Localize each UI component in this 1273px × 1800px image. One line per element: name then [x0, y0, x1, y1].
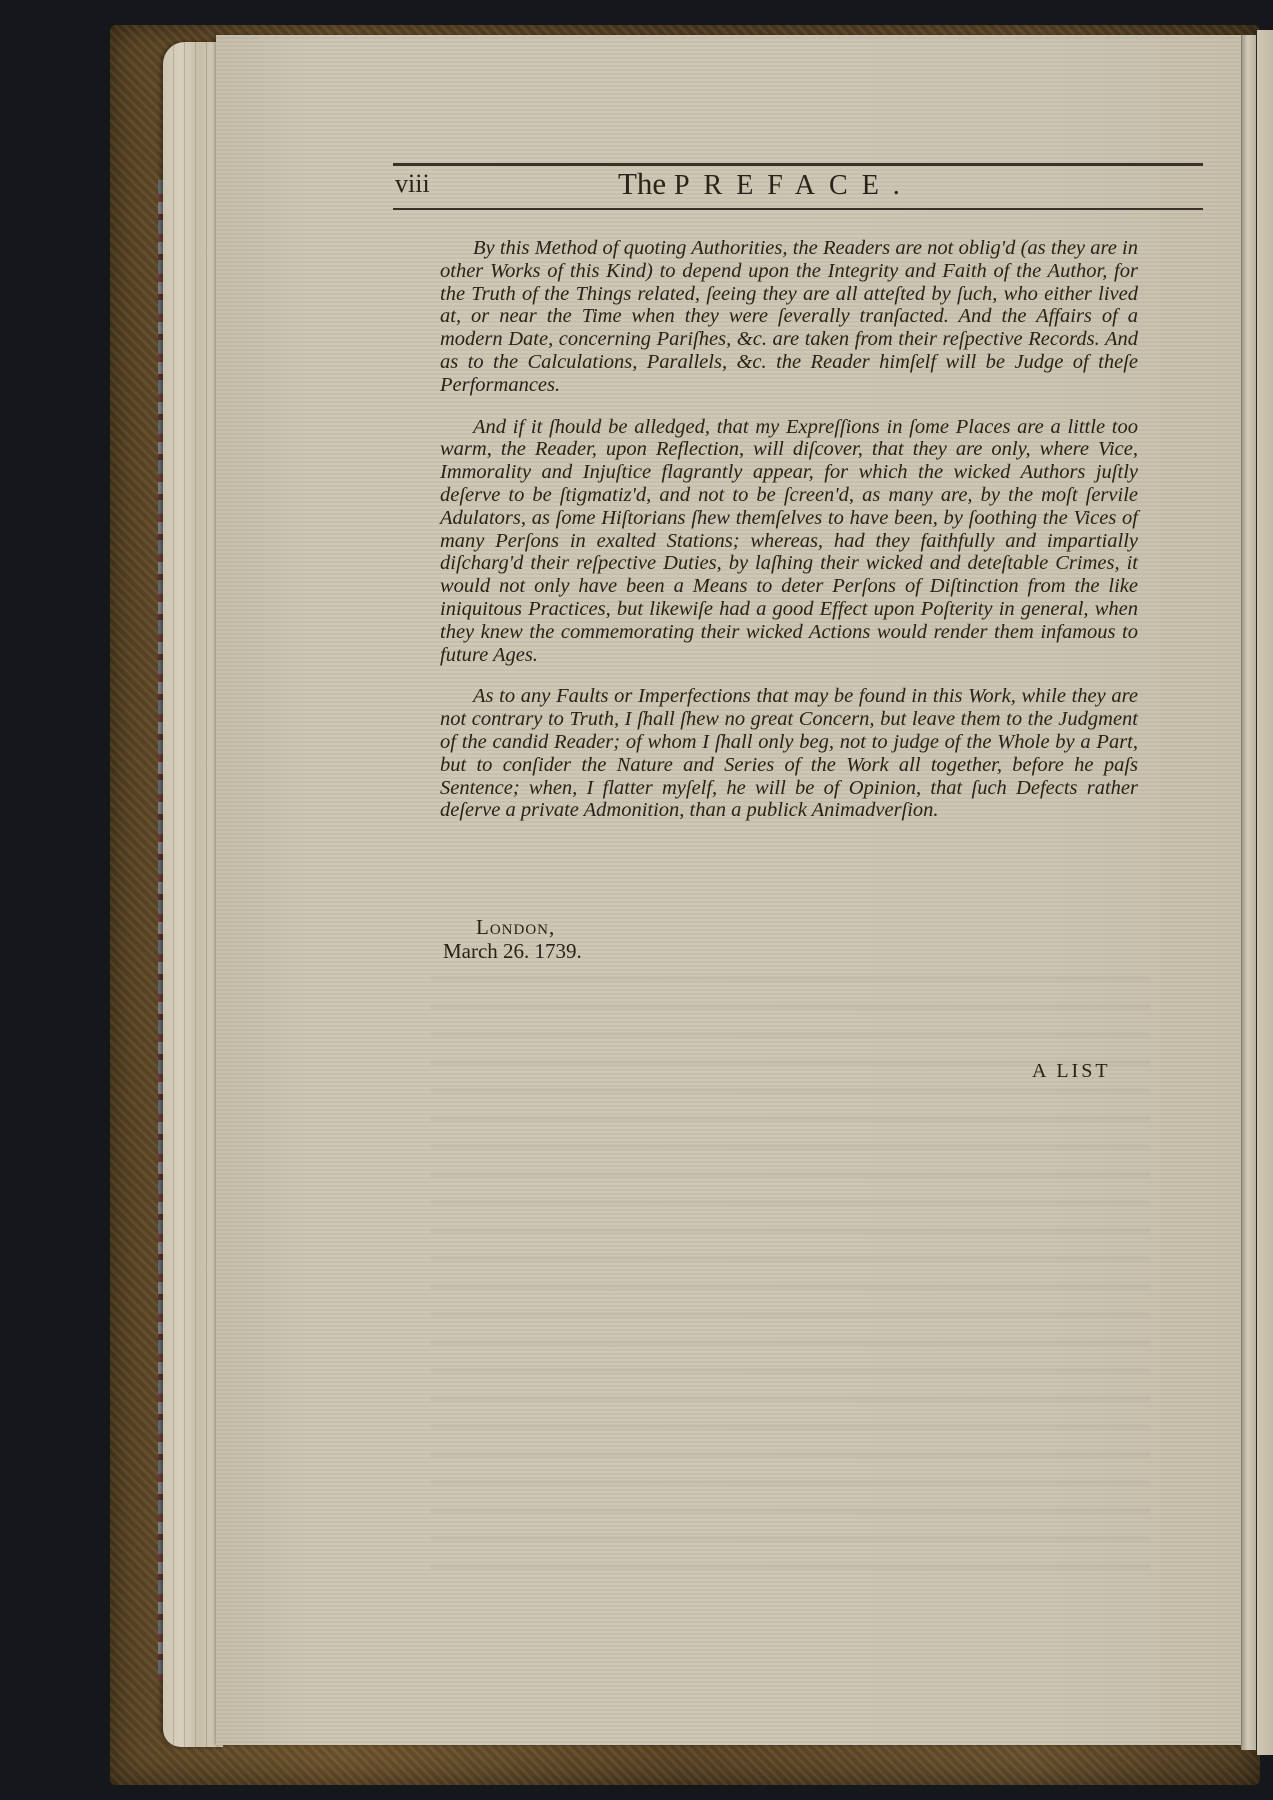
- preface-body: By this Method of quoting Authorities, t…: [440, 237, 1138, 841]
- signoff: London, March 26. 1739.: [443, 915, 582, 963]
- running-head: viii The PREFACE.: [393, 166, 1203, 206]
- header-rule-bottom: [393, 208, 1203, 210]
- paragraph: And if it ſhould be alledged, that my Ex…: [440, 416, 1138, 667]
- page-title: The PREFACE.: [618, 166, 914, 202]
- catchword: A LIST: [1032, 1060, 1111, 1083]
- bleed-through-text: [430, 960, 1150, 1580]
- page-edges-left: [163, 42, 223, 1747]
- signoff-place: London,: [443, 915, 582, 939]
- paragraph: By this Method of quoting Authorities, t…: [440, 237, 1138, 397]
- gutter-leaf: [1241, 35, 1256, 1750]
- page-number: viii: [395, 169, 430, 199]
- paragraph: As to any Faults or Imperfections that m…: [440, 685, 1138, 822]
- facing-page-edge: [1256, 30, 1273, 1755]
- signoff-date: March 26. 1739.: [443, 939, 582, 963]
- title-prefix: The: [618, 166, 666, 201]
- title-caps: PREFACE.: [674, 170, 914, 201]
